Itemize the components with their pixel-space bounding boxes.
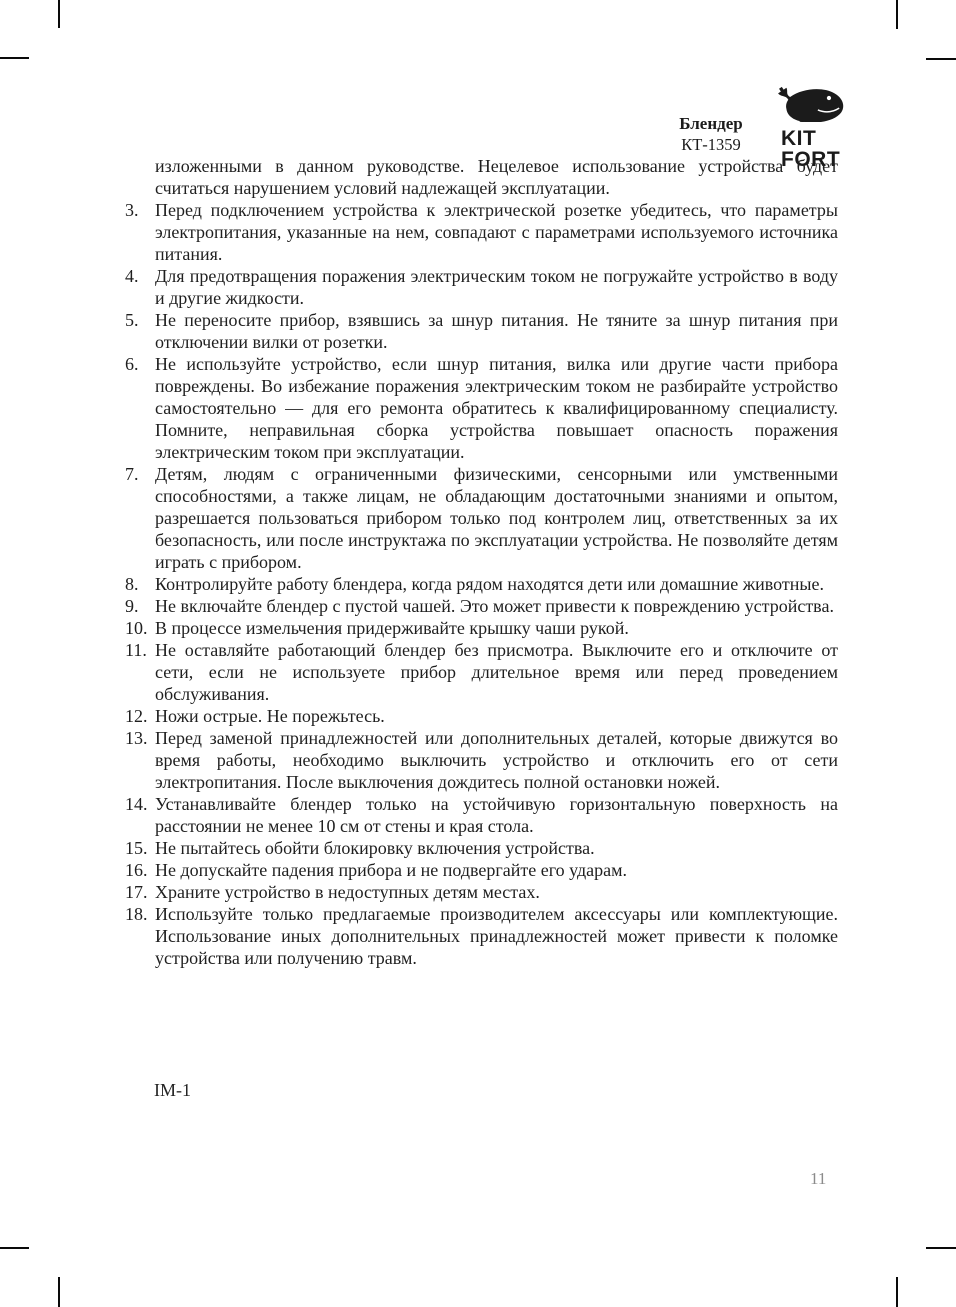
whale-plug-icon xyxy=(761,85,857,127)
list-item: 8.Контролируйте работу блендера, когда р… xyxy=(123,573,838,595)
crop-mark xyxy=(0,1247,29,1249)
item-text: Перед подключением устройства к электрич… xyxy=(155,200,838,264)
item-text: Не оставляйте работающий блендер без при… xyxy=(155,640,838,704)
item-number: 13. xyxy=(125,727,148,749)
item-number: 5. xyxy=(125,309,139,331)
item-number: 12. xyxy=(125,705,148,727)
list-item: 6.Не используйте устройство, если шнур п… xyxy=(123,353,838,463)
brand-line-kit: KIT xyxy=(781,128,857,149)
item-text: Не переносите прибор, взявшись за шнур п… xyxy=(155,310,838,352)
item-number: 17. xyxy=(125,881,148,903)
list-item: 12.Ножи острые. Не порежьтесь. xyxy=(123,705,838,727)
item-number: 16. xyxy=(125,859,148,881)
item-number: 4. xyxy=(125,265,139,287)
crop-mark xyxy=(926,1247,956,1249)
item-text: Детям, людям с ограниченными физическими… xyxy=(155,464,838,572)
item-text: Для предотвращения поражения электрическ… xyxy=(155,266,838,308)
item-text: В процессе измельчения придерживайте кры… xyxy=(155,618,629,638)
document-code: IM-1 xyxy=(154,1080,191,1101)
intro-paragraph: изложенными в данном руководстве. Нецеле… xyxy=(123,155,838,199)
list-item: 5.Не переносите прибор, взявшись за шнур… xyxy=(123,309,838,353)
item-text: Не используйте устройство, если шнур пит… xyxy=(155,354,838,462)
list-item: 17.Храните устройство в недоступных детя… xyxy=(123,881,838,903)
list-item: 7.Детям, людям с ограниченными физически… xyxy=(123,463,838,573)
crop-mark xyxy=(58,0,60,28)
crop-mark xyxy=(58,1277,60,1307)
item-number: 11. xyxy=(125,639,147,661)
list-item: 18.Используйте только предлагаемые произ… xyxy=(123,903,838,969)
item-text: Перед заменой принадлежностей или дополн… xyxy=(155,728,838,792)
item-number: 6. xyxy=(125,353,139,375)
list-item: 16.Не допускайте падения прибора и не по… xyxy=(123,859,838,881)
list-item: 4.Для предотвращения поражения электриче… xyxy=(123,265,838,309)
item-text: Устанавливайте блендер только на устойчи… xyxy=(155,794,838,836)
item-number: 15. xyxy=(125,837,148,859)
item-text: Не допускайте падения прибора и не подве… xyxy=(155,860,627,880)
list-item: 3.Перед подключением устройства к электр… xyxy=(123,199,838,265)
item-number: 7. xyxy=(125,463,139,485)
item-text: Контролируйте работу блендера, когда ряд… xyxy=(155,574,824,594)
crop-mark xyxy=(896,0,898,29)
list-item: 15.Не пытайтесь обойти блокировку включе… xyxy=(123,837,838,859)
list-item: 13.Перед заменой принадлежностей или доп… xyxy=(123,727,838,793)
list-item: 11.Не оставляйте работающий блендер без … xyxy=(123,639,838,705)
item-number: 18. xyxy=(125,903,148,925)
item-number: 8. xyxy=(125,573,139,595)
item-number: 9. xyxy=(125,595,139,617)
product-header: Блендер КТ-1359 xyxy=(664,113,758,155)
item-text: Используйте только предлагаемые производ… xyxy=(155,904,838,968)
list-item: 14.Устанавливайте блендер только на усто… xyxy=(123,793,838,837)
safety-list: 3.Перед подключением устройства к электр… xyxy=(123,199,838,969)
product-model: КТ-1359 xyxy=(664,134,758,155)
crop-mark xyxy=(896,1277,898,1307)
item-text: Не включайте блендер с пустой чашей. Это… xyxy=(155,596,834,616)
item-text: Не пытайтесь обойти блокировку включения… xyxy=(155,838,595,858)
manual-page: { "header": { "product": "Блендер", "mod… xyxy=(0,0,956,1307)
item-number: 3. xyxy=(125,199,139,221)
crop-mark xyxy=(926,58,956,60)
item-number: 14. xyxy=(125,793,148,815)
list-item: 10.В процессе измельчения придерживайте … xyxy=(123,617,838,639)
page-number: 11 xyxy=(810,1169,826,1189)
product-name: Блендер xyxy=(664,113,758,134)
item-text: Храните устройство в недоступных детям м… xyxy=(155,882,540,902)
item-text: Ножи острые. Не порежьтесь. xyxy=(155,706,385,726)
safety-instructions: изложенными в данном руководстве. Нецеле… xyxy=(123,155,838,969)
list-item: 9.Не включайте блендер с пустой чашей. Э… xyxy=(123,595,838,617)
item-number: 10. xyxy=(125,617,148,639)
crop-mark xyxy=(0,57,29,59)
